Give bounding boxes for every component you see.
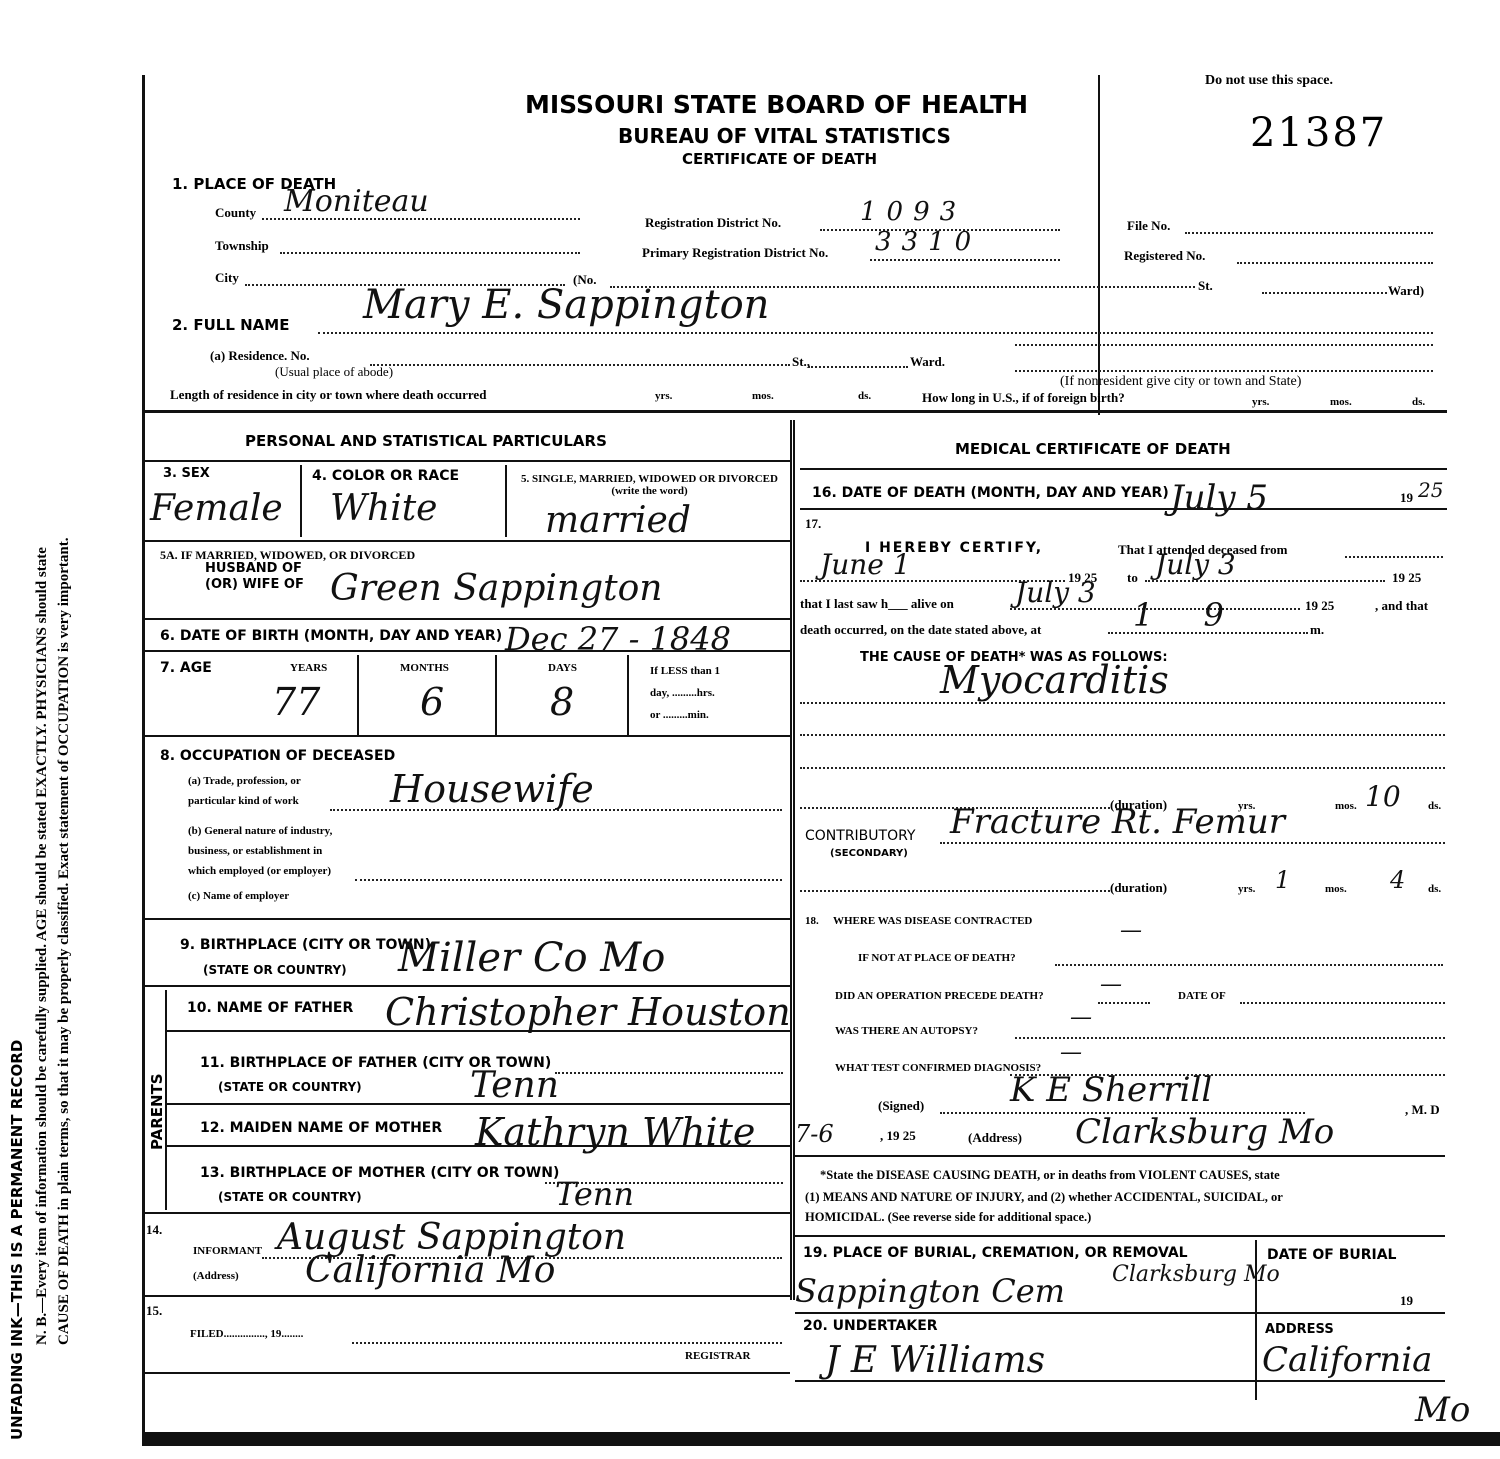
contributory-value: Fracture Rt. Femur <box>950 802 1285 842</box>
time-field[interactable]: 1 9 <box>1108 620 1308 634</box>
not-at-place-value: — <box>1120 918 1142 943</box>
undertaker-address-value[interactable]: California <box>1262 1340 1432 1380</box>
county-field[interactable]: Moniteau <box>262 190 580 220</box>
personal-section-title: PERSONAL AND STATISTICAL PARTICULARS <box>245 432 607 450</box>
foreign-ds-label: ds. <box>1412 396 1425 408</box>
cause-value: Myocarditis <box>940 658 1169 702</box>
file-no-field[interactable] <box>1185 218 1433 234</box>
dod-value[interactable]: July 5 <box>1170 478 1268 518</box>
reg-district-value: 1093 <box>860 197 966 227</box>
trade-label-2: particular kind of work <box>188 795 299 807</box>
mother-name-label: 12. MAIDEN NAME OF MOTHER <box>200 1120 442 1136</box>
from-date-value: June 1 <box>820 548 911 581</box>
less-than-label-1: If LESS than 1 <box>650 665 720 677</box>
dob-value[interactable]: Dec 27 - 1848 <box>505 620 731 658</box>
primary-reg-field[interactable]: 3310 <box>870 235 1060 261</box>
physician-signature: K E Sherrill <box>1010 1070 1212 1110</box>
parents-side-label: PARENTS <box>148 1073 166 1150</box>
age-years-label: YEARS <box>290 662 327 674</box>
marital-label: 5. SINGLE, MARRIED, WIDOWED OR DIVORCED … <box>517 473 782 497</box>
father-name-value[interactable]: Christopher Houston <box>385 990 791 1034</box>
foreign-birth-label: How long in U.S., if of foreign birth? <box>922 390 1125 406</box>
less-than-label-2: day, .........hrs. <box>650 687 715 699</box>
autopsy-field[interactable]: — <box>1015 1025 1445 1039</box>
informant-address-label: (Address) <box>193 1270 239 1282</box>
length-ds-label: ds. <box>858 390 871 402</box>
primary-reg-value: 3310 <box>875 227 981 257</box>
cause-mos-label: mos. <box>1335 800 1357 812</box>
burial-place-value[interactable]: Sappington Cem <box>795 1272 1065 1310</box>
birthplace-value[interactable]: Miller Co Mo <box>398 935 665 981</box>
to-label: to <box>1127 570 1138 586</box>
last-saw-value: July 3 <box>1015 576 1096 609</box>
contrib-ds-value[interactable]: 4 <box>1390 866 1405 894</box>
full-name-value: Mary E. Sappington <box>363 282 769 328</box>
dod-year-prefix: 19 <box>1400 490 1413 506</box>
age-years-value[interactable]: 77 <box>272 680 320 724</box>
residence-extra-field-1[interactable] <box>1015 330 1433 346</box>
occupation-value: Housewife <box>390 767 594 811</box>
birthplace-state-label: (STATE OR COUNTRY) <box>203 963 347 977</box>
employer-label: (c) Name of employer <box>188 890 289 902</box>
operation-date-label: DATE OF <box>1178 990 1226 1002</box>
length-yrs-label: yrs. <box>655 390 672 402</box>
dod-year-value[interactable]: 25 <box>1418 478 1443 502</box>
full-name-label: 2. FULL NAME <box>172 316 289 334</box>
time-value: 1 9 <box>1133 596 1244 634</box>
dob-label: 6. DATE OF BIRTH (MONTH, DAY AND YEAR) <box>160 628 502 644</box>
operation-label: DID AN OPERATION PRECEDE DEATH? <box>835 990 1044 1002</box>
less-than-label-3: or .........min. <box>650 709 709 721</box>
footnote-line2: (1) MEANS AND NATURE OF INJURY, and (2) … <box>805 1190 1283 1205</box>
mother-birthplace-state-label: (STATE OR COUNTRY) <box>218 1190 362 1204</box>
occupation-field[interactable]: Housewife <box>330 795 782 811</box>
undertaker-address-state[interactable]: Mo <box>1415 1390 1470 1430</box>
secondary-label: (SECONDARY) <box>830 848 908 859</box>
burial-date-label: DATE OF BURIAL <box>1267 1247 1396 1263</box>
spouse-value[interactable]: Green Sappington <box>330 568 663 609</box>
physician-address-value[interactable]: Clarksburg Mo <box>1075 1112 1334 1152</box>
length-mos-label: mos. <box>752 390 774 402</box>
industry-label-1: (b) General nature of industry, <box>188 825 332 837</box>
father-birthplace-value[interactable]: Tenn <box>470 1065 559 1106</box>
industry-label-3: which employed (or employer) <box>188 865 331 877</box>
item17-number: 17. <box>805 516 821 532</box>
informant-label: INFORMANT <box>193 1245 262 1257</box>
last-saw-year-value[interactable]: 19 25 <box>1305 598 1334 614</box>
autopsy-value: — <box>1070 1005 1092 1030</box>
race-value[interactable]: White <box>330 488 437 529</box>
dod-label: 16. DATE OF DEATH (MONTH, DAY AND YEAR) <box>812 485 1169 501</box>
father-birthplace-field[interactable] <box>555 1058 783 1074</box>
age-days-label: DAYS <box>548 662 577 674</box>
cause-days-value[interactable]: 10 <box>1365 780 1401 813</box>
not-at-place-field[interactable]: — <box>1055 952 1443 966</box>
permanent-record-note: UNFADING INK—THIS IS A PERMANENT RECORD <box>8 1040 26 1440</box>
residence-extra-field-2[interactable] <box>1015 356 1433 372</box>
sign-year-value[interactable]: , 19 25 <box>880 1128 916 1144</box>
birthplace-label: 9. BIRTHPLACE (CITY OR TOWN) <box>180 937 431 953</box>
mother-birthplace-label: 13. BIRTHPLACE OF MOTHER (CITY OR TOWN) <box>200 1165 559 1181</box>
contrib-mos-value[interactable]: 1 <box>1275 866 1290 894</box>
age-label: 7. AGE <box>160 660 212 676</box>
cause-field[interactable]: Myocarditis <box>800 690 1445 704</box>
spouse-label-line2: HUSBAND OF <box>205 561 302 576</box>
contrib-yrs-label: yrs. <box>1238 883 1255 895</box>
nonresident-note: (If nonresident give city or town and St… <box>1060 374 1301 390</box>
marital-value[interactable]: married <box>545 500 691 541</box>
md-label: , M. D <box>1405 1102 1440 1118</box>
sex-label: 3. SEX <box>163 466 210 481</box>
city-st-label: St. <box>1198 278 1213 294</box>
contracted-label: WHERE WAS DISEASE CONTRACTED <box>833 915 1032 927</box>
foreign-mos-label: mos. <box>1330 396 1352 408</box>
residence-no-field[interactable] <box>370 350 790 366</box>
primary-reg-label: Primary Registration District No. <box>642 245 828 261</box>
and-that-label: , and that <box>1375 598 1428 614</box>
length-residence-label: Length of residence in city or town wher… <box>170 387 486 403</box>
cause-line-3[interactable] <box>800 755 1445 769</box>
informant-address-value[interactable]: California Mo <box>305 1250 555 1291</box>
abode-label: (Usual place of abode) <box>275 364 393 380</box>
registrar-field[interactable] <box>352 1330 782 1344</box>
footnote-line3: HOMICIDAL. (See reverse side for additio… <box>805 1210 1091 1225</box>
medical-section-title: MEDICAL CERTIFICATE OF DEATH <box>955 440 1231 458</box>
sign-date-value[interactable]: 7-6 <box>795 1120 834 1148</box>
city-label: City <box>215 270 239 286</box>
undertaker-address-label: ADDRESS <box>1265 1322 1334 1337</box>
burial-date-year-prefix[interactable]: 19 <box>1400 1293 1413 1309</box>
to-date-field[interactable]: July 3 <box>1145 568 1385 582</box>
operation-date-field[interactable] <box>1240 990 1445 1004</box>
age-months-label: MONTHS <box>400 662 449 674</box>
contrib-mos-label: mos. <box>1325 883 1347 895</box>
township-label: Township <box>215 238 269 254</box>
age-months-value[interactable]: 6 <box>420 680 444 724</box>
autopsy-label: WAS THERE AN AUTOPSY? <box>835 1025 978 1037</box>
trade-label-1: (a) Trade, profession, or <box>188 775 301 787</box>
spouse-label-line3: (OR) WIFE OF <box>205 577 304 592</box>
informant-number: 14. <box>146 1222 162 1238</box>
undertaker-value[interactable]: J E Williams <box>825 1340 1045 1381</box>
do-not-use-note: Do not use this space. <box>1205 73 1333 89</box>
registered-no-label: Registered No. <box>1124 248 1205 264</box>
last-saw-label: that I last saw h___ alive on <box>800 596 954 612</box>
occurred-label: death occurred, on the date stated above… <box>800 622 1041 638</box>
contrib-ds-label: ds. <box>1428 883 1441 895</box>
registered-no-field[interactable] <box>1237 248 1433 264</box>
mother-birthplace-value[interactable]: Tenn <box>555 1175 634 1213</box>
bureau-title: BUREAU OF VITAL STATISTICS <box>618 124 951 148</box>
not-at-place-label: IF NOT AT PLACE OF DEATH? <box>858 952 1016 964</box>
form-title: CERTIFICATE OF DEATH <box>682 150 877 168</box>
attended-from-extra[interactable] <box>1345 544 1443 558</box>
operation-value: — <box>1100 972 1122 997</box>
industry-label-2: business, or establishment in <box>188 845 322 857</box>
industry-field[interactable] <box>355 865 782 881</box>
filed-label[interactable]: FILED..............., 19........ <box>190 1328 303 1340</box>
operation-field[interactable]: — <box>1098 990 1150 1004</box>
occupation-label: 8. OCCUPATION OF DECEASED <box>160 748 395 764</box>
contrib-duration-label: (duration) <box>1110 880 1167 896</box>
contributory-field[interactable]: Fracture Rt. Femur <box>940 830 1445 844</box>
township-field[interactable] <box>280 236 580 254</box>
county-value: Moniteau <box>284 184 429 219</box>
cause-ds-label: ds. <box>1428 800 1441 812</box>
reg-district-label: Registration District No. <box>645 215 781 231</box>
to-date-value: July 3 <box>1155 548 1236 581</box>
foreign-yrs-label: yrs. <box>1252 396 1269 408</box>
contributory-line-2[interactable] <box>800 878 1110 892</box>
city-ward-label: Ward) <box>1388 283 1424 299</box>
test-value: — <box>1060 1040 1082 1065</box>
contributory-label: CONTRIBUTORY <box>805 828 915 844</box>
physician-address-label: (Address) <box>968 1130 1022 1146</box>
sex-value[interactable]: Female <box>150 488 283 529</box>
m-label: m. <box>1310 622 1324 638</box>
father-name-label: 10. NAME OF FATHER <box>187 1000 353 1016</box>
burial-place-label: 19. PLACE OF BURIAL, CREMATION, OR REMOV… <box>803 1245 1188 1261</box>
full-name-field[interactable]: Mary E. Sappington <box>318 298 1433 334</box>
father-birthplace-state-label: (STATE OR COUNTRY) <box>218 1080 362 1094</box>
residence-ward-field[interactable] <box>808 352 908 368</box>
residence-ward-label: Ward. <box>910 354 945 370</box>
certificate-number: 21387 <box>1250 110 1387 156</box>
to-year-value[interactable]: 19 25 <box>1392 570 1421 586</box>
item15-number: 15. <box>146 1303 162 1319</box>
residence-label: (a) Residence. No. <box>210 348 310 364</box>
file-no-label: File No. <box>1127 218 1170 234</box>
instruction-note-line1: N. B.—Every item of information should b… <box>34 547 51 1345</box>
cause-line-2[interactable] <box>800 722 1445 736</box>
race-label: 4. COLOR OR RACE <box>312 468 459 484</box>
instruction-note-line2: CAUSE OF DEATH in plain terms, so that i… <box>56 538 73 1345</box>
city-ward-field[interactable] <box>1262 280 1387 294</box>
item18-number: 18. <box>805 915 819 927</box>
mother-name-value[interactable]: Kathryn White <box>475 1110 755 1154</box>
county-label: County <box>215 205 256 221</box>
board-title: MISSOURI STATE BOARD OF HEALTH <box>525 90 1028 119</box>
age-days-value[interactable]: 8 <box>550 680 574 724</box>
footnote-line1: *State the DISEASE CAUSING DEATH, or in … <box>820 1168 1280 1183</box>
undertaker-label: 20. UNDERTAKER <box>803 1318 938 1334</box>
signed-label: (Signed) <box>878 1098 924 1114</box>
registrar-label: REGISTRAR <box>685 1350 750 1362</box>
